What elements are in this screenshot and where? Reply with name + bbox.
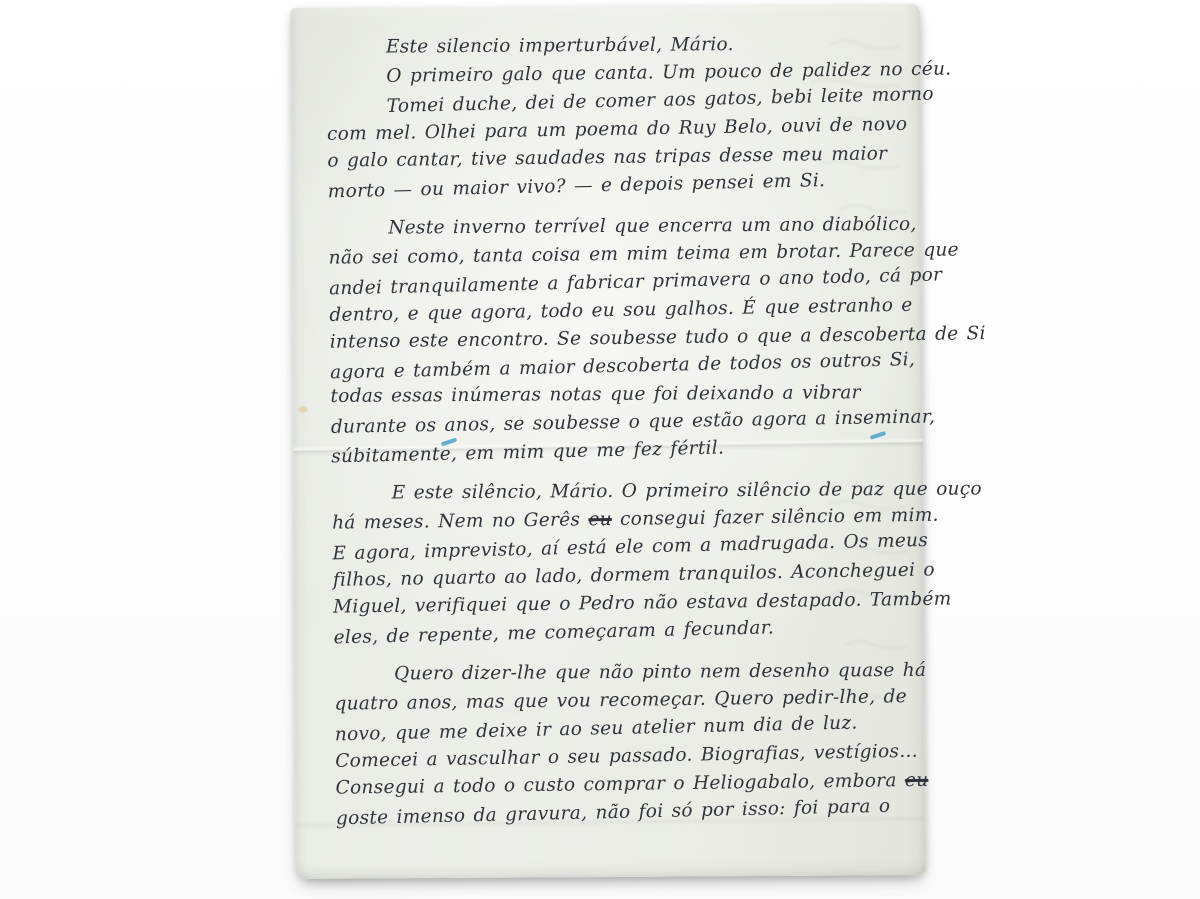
letter-line: E este silêncio, Mário. O primeiro silên… bbox=[328, 476, 900, 508]
letter-paragraph: Quero dizer-lhe que não pinto nem desenh… bbox=[330, 655, 904, 830]
paper-stain bbox=[299, 406, 308, 413]
letter-text: Este silencio imperturbável, Mário.O pri… bbox=[322, 28, 904, 830]
letter-paragraph: Este silencio imperturbável, Mário.O pri… bbox=[322, 28, 896, 203]
letter-line: Neste inverno terrível que encerra um an… bbox=[324, 211, 896, 243]
handwritten-letter-sheet: Este silencio imperturbável, Mário.O pri… bbox=[290, 4, 925, 879]
photo-background: Este silencio imperturbável, Mário.O pri… bbox=[0, 0, 1200, 899]
letter-line: Quero dizer-lhe que não pinto nem desenh… bbox=[330, 657, 902, 689]
letter-paragraph: E este silêncio, Mário. O primeiro silên… bbox=[328, 474, 902, 649]
letter-line: Este silencio imperturbável, Mário. bbox=[322, 30, 894, 62]
letter-paragraph: Neste inverno terrível que encerra um an… bbox=[324, 209, 899, 468]
